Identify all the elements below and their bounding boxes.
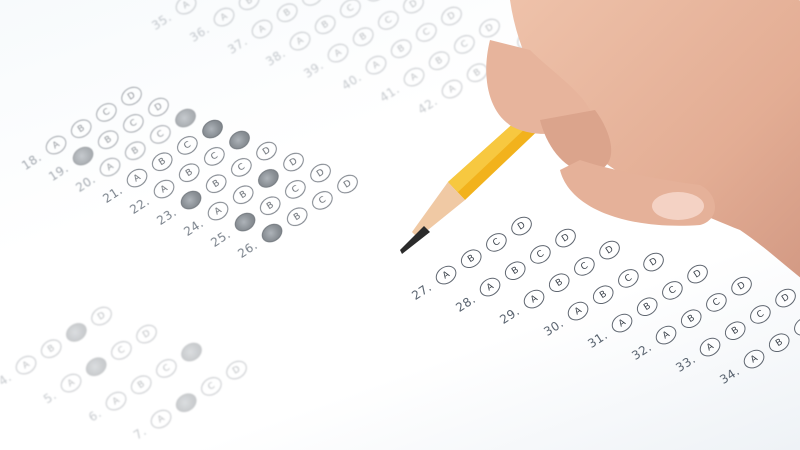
answer-bubble-a[interactable]: A bbox=[696, 334, 724, 360]
question-number: 31. bbox=[582, 328, 610, 353]
answer-bubble-a[interactable]: A bbox=[652, 322, 680, 348]
question-number: 38. bbox=[260, 46, 288, 71]
question-number: 29. bbox=[494, 304, 522, 329]
answer-row: 6.ABCD bbox=[75, 335, 212, 432]
answer-bubble-a[interactable]: A bbox=[57, 370, 85, 396]
answer-bubble-d[interactable]: D bbox=[253, 138, 281, 164]
answer-bubble-b[interactable]: B bbox=[121, 138, 149, 164]
answer-bubble-b[interactable]: B bbox=[202, 171, 230, 197]
answer-bubble-a[interactable]: A bbox=[69, 143, 97, 169]
answer-bubble-b[interactable]: B bbox=[273, 0, 301, 26]
answer-bubble-b[interactable]: B bbox=[37, 336, 65, 362]
answer-bubble-c[interactable]: C bbox=[201, 143, 229, 169]
answer-bubble-c[interactable]: C bbox=[337, 0, 365, 22]
question-number: 33. bbox=[670, 352, 698, 377]
answer-bubble-c[interactable]: C bbox=[375, 7, 403, 33]
answer-bubble-b[interactable]: B bbox=[256, 193, 284, 219]
answer-bubble-a[interactable]: A bbox=[123, 165, 151, 191]
answer-bubble-a[interactable]: A bbox=[177, 187, 205, 213]
answer-bubble-d[interactable]: D bbox=[172, 105, 200, 131]
answer-bubble-d[interactable]: D bbox=[145, 94, 173, 120]
answer-bubble-a[interactable]: A bbox=[96, 154, 124, 180]
answer-bubble-b[interactable]: B bbox=[283, 204, 311, 230]
answer-bubble-a[interactable]: A bbox=[150, 176, 178, 202]
question-number: 37. bbox=[222, 34, 250, 59]
answer-bubble-a[interactable]: A bbox=[172, 0, 200, 18]
answer-bubble-a[interactable]: A bbox=[286, 28, 314, 54]
answer-bubble-a[interactable]: A bbox=[210, 4, 238, 30]
answer-bubble-b[interactable]: B bbox=[197, 0, 225, 2]
answer-bubble-c[interactable]: C bbox=[228, 154, 256, 180]
answer-bubble-d[interactable]: D bbox=[362, 0, 390, 5]
question-number: 7. bbox=[121, 424, 149, 449]
answer-bubble-d[interactable]: D bbox=[223, 357, 251, 383]
question-number: 20. bbox=[70, 172, 98, 197]
answer-bubble-c[interactable]: C bbox=[299, 0, 327, 10]
answer-bubble-b[interactable]: B bbox=[127, 372, 155, 398]
answer-bubble-a[interactable]: A bbox=[362, 52, 390, 78]
answer-bubble-d[interactable]: D bbox=[400, 0, 428, 17]
answer-bubble-a[interactable]: A bbox=[564, 298, 592, 324]
answer-bubble-b[interactable]: B bbox=[229, 182, 257, 208]
answer-bubble-d[interactable]: D bbox=[133, 321, 161, 347]
answer-bubble-c[interactable]: C bbox=[63, 319, 91, 345]
question-number: 35. bbox=[146, 10, 174, 35]
answer-bubble-c[interactable]: C bbox=[198, 373, 226, 399]
answer-bubble-b[interactable]: B bbox=[677, 306, 705, 332]
answer-bubble-a[interactable]: A bbox=[740, 346, 768, 372]
answer-bubble-d[interactable]: D bbox=[280, 149, 308, 175]
answer-bubble-c[interactable]: C bbox=[791, 313, 800, 339]
answer-bubble-c[interactable]: C bbox=[309, 187, 337, 213]
answer-bubble-a[interactable]: A bbox=[204, 198, 232, 224]
answer-bubble-a[interactable]: A bbox=[258, 220, 286, 246]
answer-bubble-d[interactable]: D bbox=[334, 171, 362, 197]
question-number: 40. bbox=[336, 70, 364, 95]
question-number: 30. bbox=[538, 316, 566, 341]
answer-bubble-b[interactable]: B bbox=[175, 160, 203, 186]
answer-bubble-b[interactable]: B bbox=[67, 116, 95, 142]
hand-image bbox=[470, 0, 800, 300]
question-number: 5. bbox=[31, 388, 59, 413]
answer-bubble-d[interactable]: D bbox=[199, 116, 227, 142]
question-number: 6. bbox=[76, 406, 104, 431]
question-number: 32. bbox=[626, 340, 654, 365]
answer-bubble-c[interactable]: C bbox=[93, 99, 121, 125]
question-number: 25. bbox=[205, 227, 233, 252]
question-number: 19. bbox=[43, 161, 71, 186]
answer-bubble-b[interactable]: B bbox=[172, 390, 200, 416]
answer-bubble-c[interactable]: C bbox=[747, 301, 775, 327]
question-number: 36. bbox=[184, 22, 212, 47]
answer-bubble-a[interactable]: A bbox=[12, 352, 40, 378]
answer-bubble-c[interactable]: C bbox=[147, 121, 175, 147]
answer-bubble-b[interactable]: B bbox=[349, 24, 377, 50]
answer-bubble-c[interactable]: C bbox=[108, 337, 136, 363]
answer-bubble-b[interactable]: B bbox=[235, 0, 263, 14]
answer-bubble-b[interactable]: B bbox=[148, 149, 176, 175]
answer-row: 5.ABCD bbox=[30, 317, 167, 414]
answer-bubble-c[interactable]: C bbox=[120, 110, 148, 136]
answer-bubble-a[interactable]: A bbox=[42, 132, 70, 158]
answer-bubble-d[interactable]: D bbox=[88, 303, 116, 329]
question-number: 21. bbox=[97, 183, 125, 208]
answer-bubble-c[interactable]: C bbox=[174, 132, 202, 158]
answer-bubble-c[interactable]: C bbox=[255, 165, 283, 191]
question-number: 23. bbox=[151, 205, 179, 230]
answer-bubble-b[interactable]: B bbox=[765, 330, 793, 356]
answer-bubble-c[interactable]: C bbox=[153, 355, 181, 381]
question-number: 4. bbox=[0, 370, 14, 395]
answer-bubble-b[interactable]: B bbox=[311, 12, 339, 38]
answer-row: 7.ABCD bbox=[120, 353, 257, 450]
answer-bubble-a[interactable]: A bbox=[231, 209, 259, 235]
answer-bubble-d[interactable]: D bbox=[307, 160, 335, 186]
question-number: 22. bbox=[124, 194, 152, 219]
question-number: 18. bbox=[16, 150, 44, 175]
question-number: 34. bbox=[714, 364, 742, 389]
answer-bubble-b[interactable]: B bbox=[82, 354, 110, 380]
answer-bubble-b[interactable]: B bbox=[94, 127, 122, 153]
photo-scene: 18.ABCD19.ABCD20.ABCD21.ABCD22.ABCD23.AB… bbox=[0, 0, 800, 450]
question-number: 26. bbox=[232, 238, 260, 263]
answer-bubble-b[interactable]: B bbox=[721, 318, 749, 344]
question-number: 39. bbox=[298, 58, 326, 83]
question-number: 27. bbox=[406, 280, 434, 305]
answer-bubble-a[interactable]: A bbox=[147, 406, 175, 432]
answer-bubble-a[interactable]: A bbox=[608, 310, 636, 336]
answer-bubble-a[interactable]: A bbox=[102, 388, 130, 414]
answer-bubble-d[interactable]: D bbox=[118, 83, 146, 109]
question-number: 24. bbox=[178, 216, 206, 241]
answer-bubble-d[interactable]: D bbox=[438, 3, 466, 29]
answer-bubble-c[interactable]: C bbox=[282, 176, 310, 202]
answer-bubble-d[interactable]: D bbox=[178, 339, 206, 365]
answer-bubble-d[interactable]: D bbox=[226, 127, 254, 153]
answer-bubble-c[interactable]: C bbox=[413, 19, 441, 45]
answer-bubble-a[interactable]: A bbox=[248, 16, 276, 42]
answer-bubble-a[interactable]: A bbox=[324, 40, 352, 66]
